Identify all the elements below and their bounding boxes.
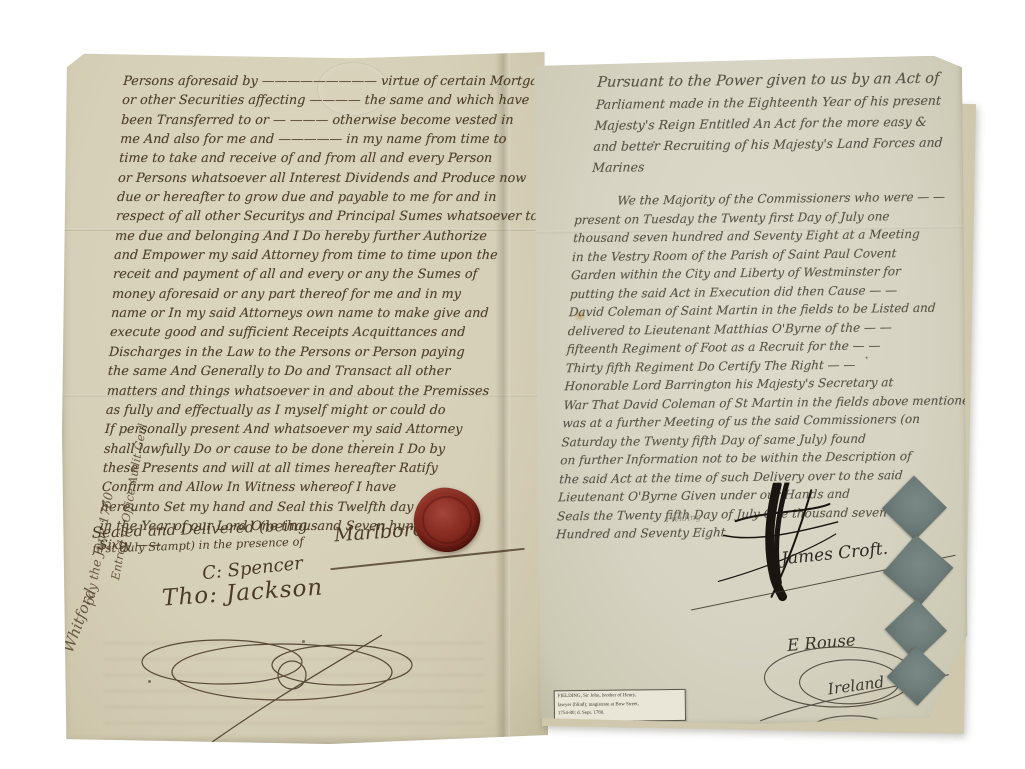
handwritten-line: me And also for me and ————— in my name …	[120, 130, 531, 149]
handwritten-line: If personally present And whatsoever my …	[104, 420, 515, 439]
handwritten-line: these Presents and will at all times her…	[102, 459, 513, 478]
certificate-opening-text: Pursuant to the Power given to us by an …	[592, 69, 947, 178]
printed-biography-label: FIELDING, Sir John, brother of Henry,law…	[554, 689, 686, 722]
left-page: Persons aforesaid by ————————— virtue of…	[62, 52, 548, 744]
label-line: lawyer (blind); magistrate at Bow Street…	[558, 700, 676, 707]
handwritten-line: been Transferred to or — ——— otherwise b…	[121, 111, 532, 130]
right-page: Pursuant to the Power given to us by an …	[532, 55, 970, 726]
wafer-diamond	[883, 535, 954, 606]
signature-jackson: Tho: Jackson	[161, 574, 324, 611]
photo-background: { "scene": { "description": "Photograph …	[0, 0, 1025, 769]
handwritten-line: me due and belonging And I Do hereby fur…	[115, 227, 526, 246]
handwritten-line: due or hereafter to grow due and payable…	[117, 188, 528, 207]
handwritten-line: the same And Generally to Do and Transac…	[107, 362, 518, 381]
handwritten-line: time to take and receive of and from all…	[119, 149, 530, 168]
ink-speck	[302, 640, 305, 643]
handwritten-line: name or In my said Attorneys own name to…	[110, 304, 521, 323]
handwritten-line: receit and payment of all and every or a…	[113, 265, 524, 284]
handwritten-line: execute good and sufficient Receipts Acq…	[109, 323, 520, 342]
manuscript-body-text: Persons aforesaid by ————————— virtue of…	[98, 72, 533, 556]
handwritten-line: or other Securities affecting ———— the s…	[122, 91, 533, 110]
handwritten-line: as fully and effectually as I myself mig…	[105, 401, 516, 420]
fielding-ink-signature	[715, 482, 851, 604]
handwritten-line: or Persons whatsoever all Interest Divid…	[118, 169, 529, 188]
signature-flourish	[132, 617, 432, 762]
handwritten-line: matters and things whatsoever in and abo…	[106, 382, 517, 401]
label-line: 1754-80; d. Sept. 1780.	[558, 709, 676, 716]
handwritten-line: Persons aforesaid by ————————— virtue of…	[123, 72, 534, 91]
handwritten-line: money aforesaid or any part thereof for …	[112, 285, 523, 304]
ink-speck	[866, 357, 868, 359]
handwritten-line: Discharges in the Law to the Persons or …	[108, 343, 519, 362]
ink-speck	[653, 141, 655, 143]
ink-speck	[362, 440, 364, 442]
handwritten-line: Marines	[592, 153, 942, 178]
handwritten-line: and Empower my said Attorney from time t…	[114, 246, 525, 265]
marginalia-signature: Whitford	[59, 586, 99, 655]
handwritten-line: respect of all other Securitys and Princ…	[116, 207, 527, 226]
handwritten-line: shall lawfully Do or cause to be done th…	[103, 440, 514, 459]
handwritten-line: and better Recruiting of his Majesty's L…	[593, 132, 943, 157]
label-line: FIELDING, Sir John, brother of Henry,	[558, 692, 676, 699]
ink-speck	[148, 680, 151, 683]
